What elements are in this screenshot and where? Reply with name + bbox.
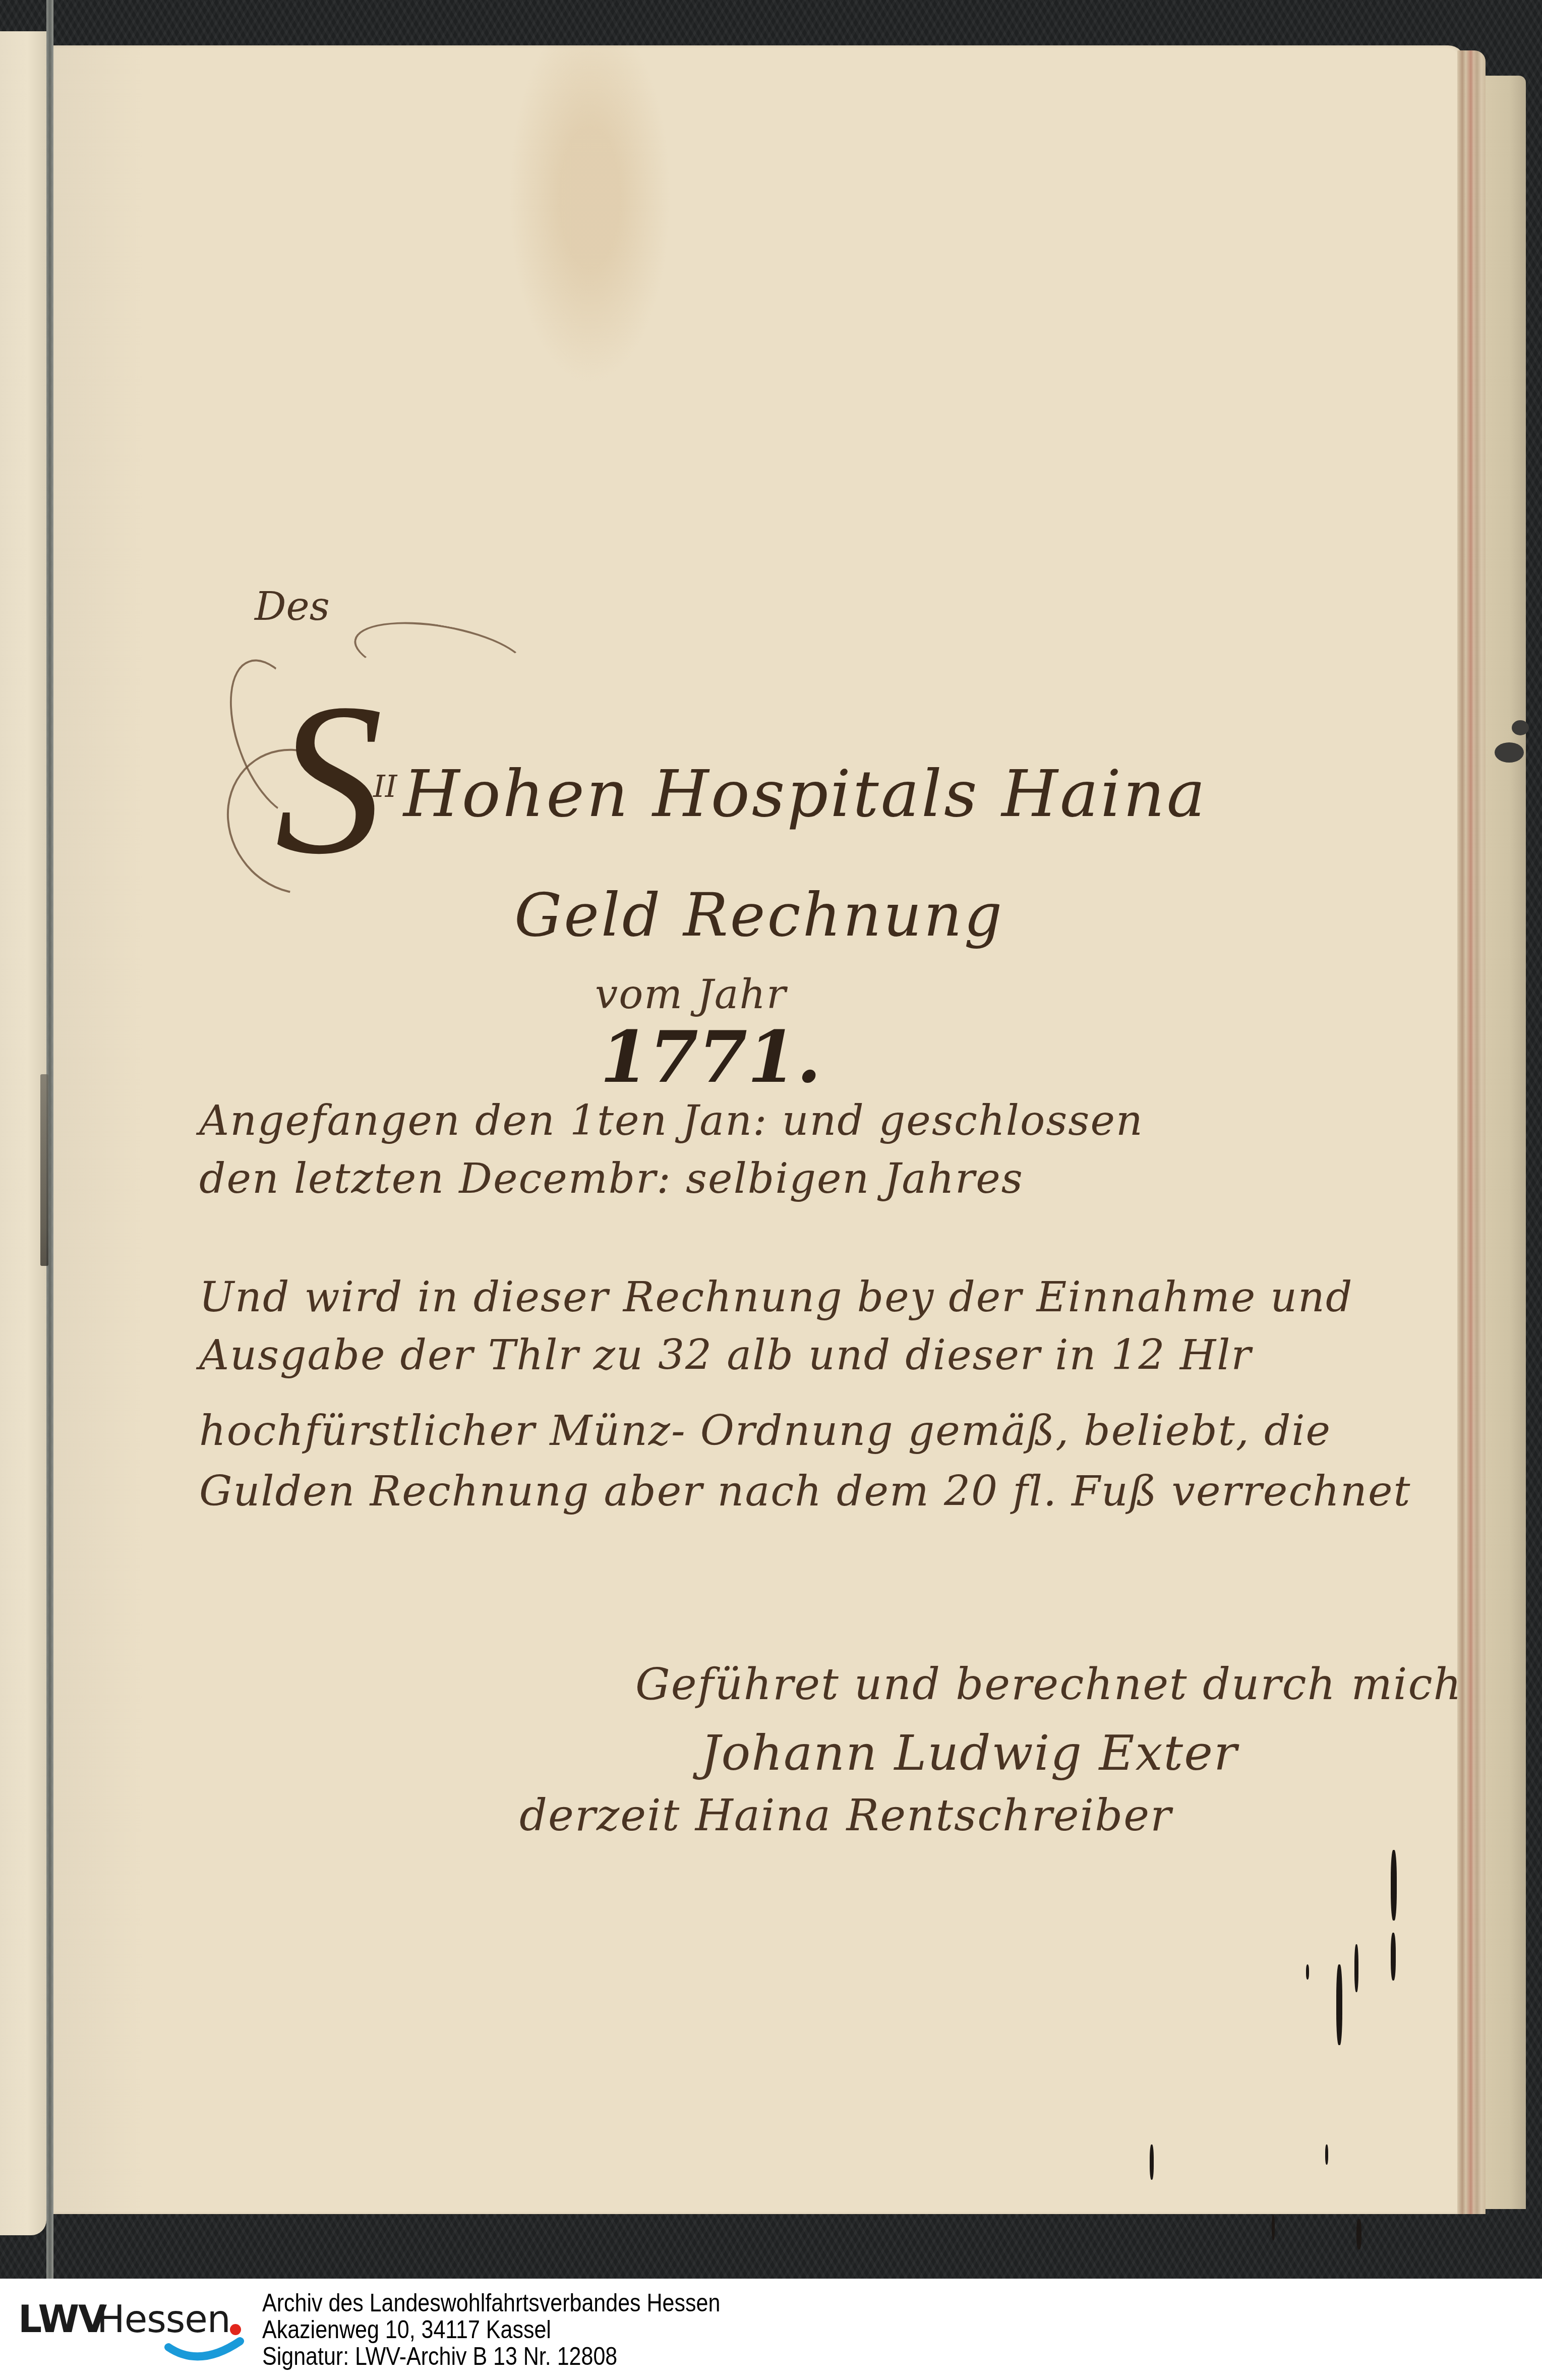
title-year: 1771. [600,1016,821,1099]
archive-address: Akazienweg 10, 34117 Kassel [262,2316,720,2343]
book-cover-edge [1486,76,1526,2209]
title-des: Des [255,584,330,629]
left-page-edge [0,31,46,2235]
period-line-2: den letzten Decembr: selbigen Jahres [199,1155,1024,1203]
manuscript-photo: Des S II Hohen Hospitals Haina Geld Rech… [0,0,1542,2279]
ink-mark [1356,2219,1361,2249]
title-ornament-initial: S [275,671,383,888]
ink-mark [1272,2215,1275,2240]
title-numeral: II [373,769,397,804]
ink-mark [1354,1944,1358,1992]
signature-line-1: Geführet und berechnet durch mich [635,1659,1462,1710]
lwv-hessen-logo: LWV Hessen [18,2293,240,2368]
logo-hessen-text: Hessen [97,2298,230,2341]
ink-mark [1391,1933,1396,1981]
archive-info: Archiv des Landeswohlfahrtsverbandes Hes… [262,2290,795,2370]
ink-mark [1391,1850,1397,1921]
title-vom-jahr: vom Jahr [595,971,787,1018]
ink-mark [1306,1964,1309,1980]
ink-mark [1336,1964,1342,2045]
title-main: Hohen Hospitals Haina [403,757,1207,832]
body-line-2: Ausgabe der Thlr zu 32 alb und dieser in… [199,1331,1252,1379]
ink-blot [1512,720,1529,735]
title-subtitle: Geld Rechnung [514,880,1004,950]
signature-name: Johann Ludwig Exter [701,1725,1238,1781]
period-line-1: Angefangen den 1ten Jan: und geschlossen [199,1097,1144,1145]
archive-signature: Signatur: LWV-Archiv B 13 Nr. 12808 [262,2343,720,2370]
archive-name: Archiv des Landeswohlfahrtsverbandes Hes… [262,2290,720,2316]
gutter-stain [40,1074,48,1266]
archive-footer: LWV Hessen Archiv des Landeswohlfahrtsve… [0,2279,1542,2380]
logo-red-dot-icon [230,2324,241,2335]
body-line-4: Gulden Rechnung aber nach dem 20 fl. Fuß… [199,1468,1411,1516]
ink-blot [1495,742,1524,763]
logo-lwv-text: LWV [18,2298,106,2341]
body-line-1: Und wird in dieser Rechnung bey der Einn… [199,1273,1353,1321]
signature-title: derzeit Haina Rentschreiber [519,1790,1172,1841]
ink-mark [1150,2144,1154,2180]
ink-mark [1325,2144,1328,2165]
page-edges-block [1457,50,1486,2214]
body-line-3: hochfürstlicher Münz- Ordnung gemäß, bel… [199,1407,1331,1455]
logo-swoosh-icon [164,2337,250,2372]
